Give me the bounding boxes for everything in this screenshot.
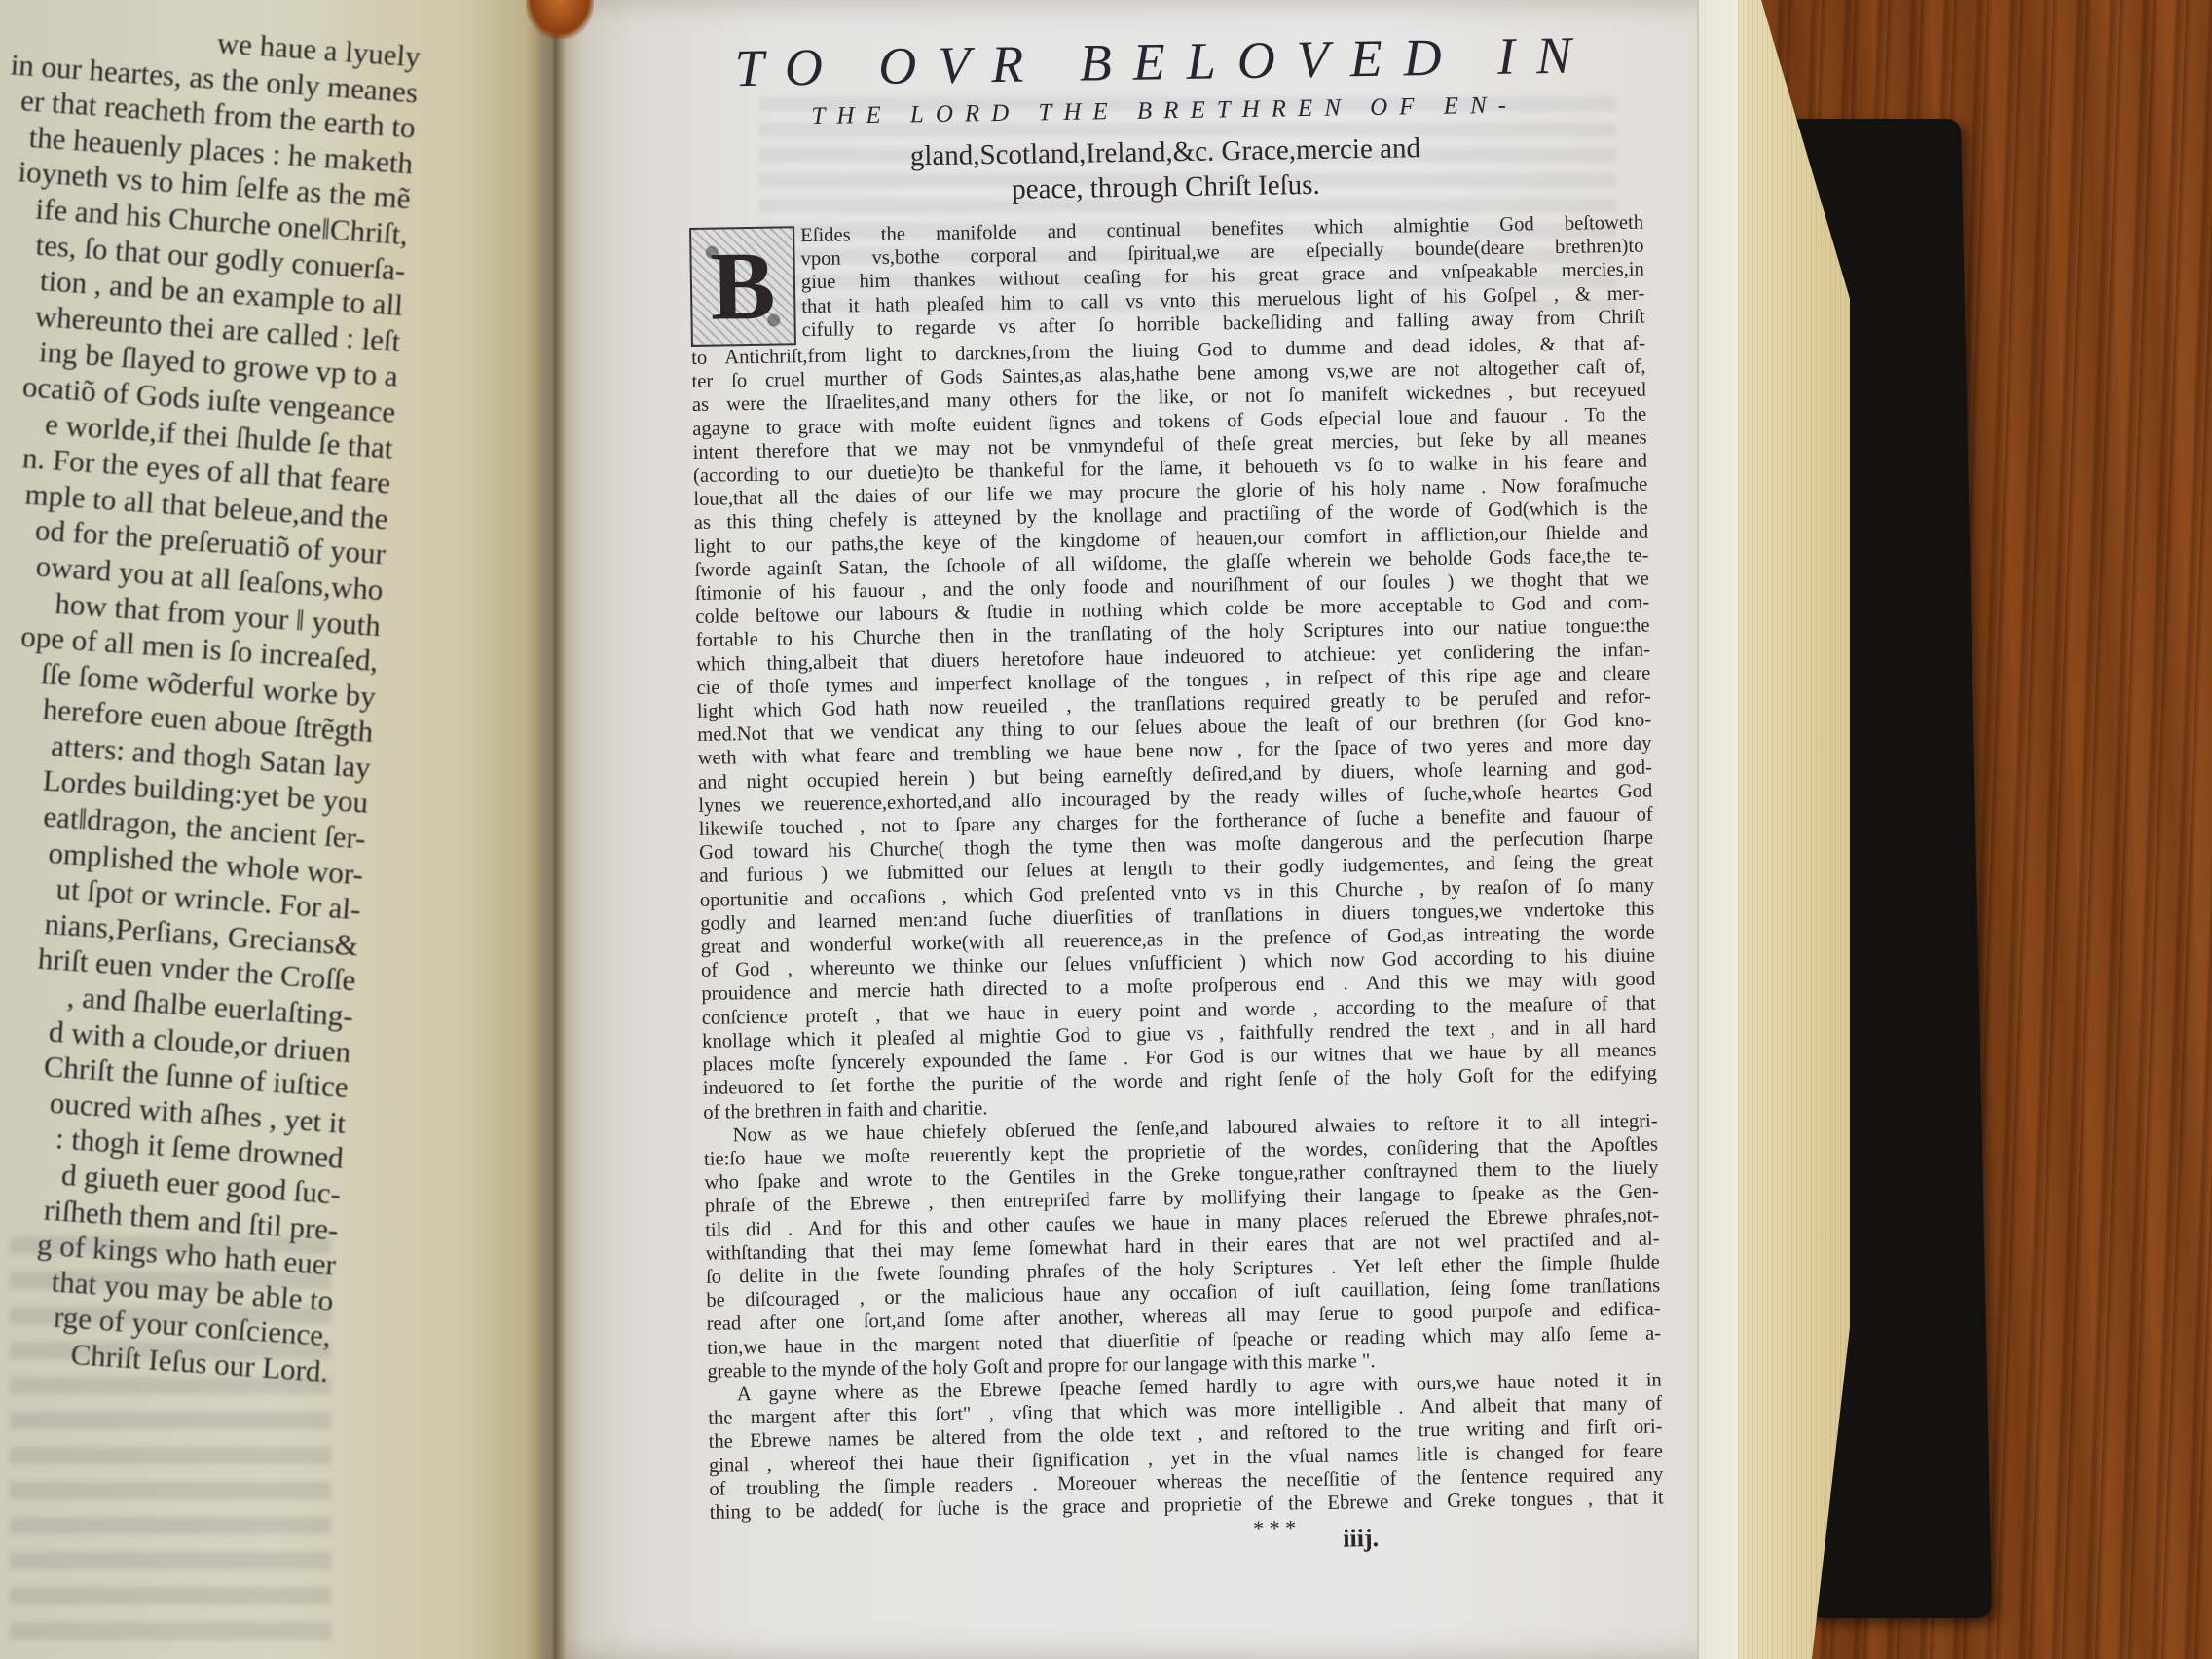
signature-asterisks: * * * [1235, 1519, 1313, 1537]
book-headband [526, 0, 594, 39]
epistle-body: B Eſides the manifolde and continual ben… [689, 211, 1664, 1525]
right-page-edge [1697, 0, 1738, 1659]
page-block-fore-edge [1723, 0, 1850, 1659]
left-page: we haue a lyuelyin our heartes, as the o… [0, 0, 545, 1659]
page-number: iiij. [1343, 1524, 1379, 1554]
paragraph-3: A gayne where as the Ebrewe ſpeache ſeme… [708, 1368, 1664, 1525]
left-page-text: we haue a lyuelyin our heartes, as the o… [0, 10, 422, 1390]
book-gutter [526, 0, 584, 1659]
drop-cap-lines: Eſides the manifolde and continual benef… [800, 211, 1645, 346]
opening-paragraph: B Eſides the manifolde and continual ben… [689, 211, 1645, 347]
heading-subtitle: gland,Scotland,Ireland,&c. Grace,mercie … [688, 128, 1643, 212]
ornamental-drop-cap: B [689, 226, 796, 347]
left-page-show-through [10, 1236, 331, 1645]
right-page-content: TO OVR BELOVED IN THE LORD THE BRETHREN … [686, 24, 1665, 1587]
paragraph-2: Now as we haue chiefely obſerued the ſen… [704, 1109, 1662, 1383]
paragraph-1: to Antichriſt,from light to darcknes,fro… [691, 332, 1657, 1124]
